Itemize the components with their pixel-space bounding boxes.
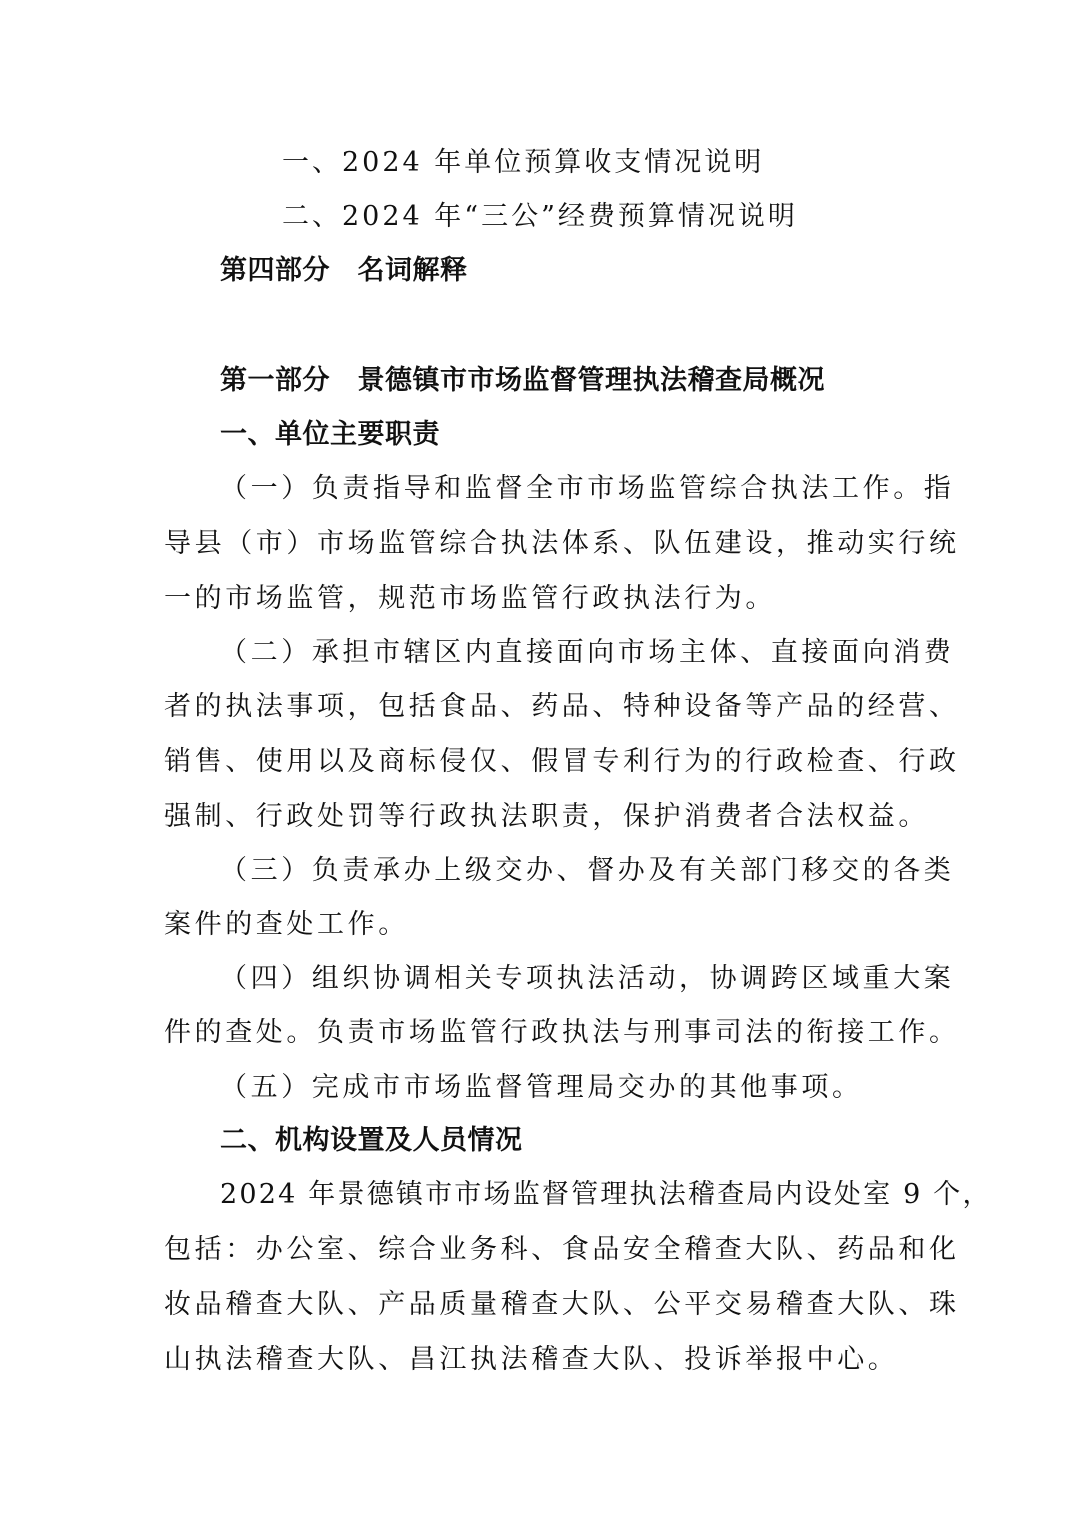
duty-2-line-3: 销售、使用以及商标侵仅、假冒专利行为的行政检查、行政 <box>164 745 960 779</box>
duty-2-line-2: 者的执法事项，包括食品、药品、特种设备等产品的经营、 <box>164 690 960 724</box>
duty-2-line-1: （二）承担市辖区内直接面向市场主体、直接面向消费 <box>220 636 954 670</box>
section2-line-2: 包括：办公室、综合业务科、食品安全稽查大队、药品和化 <box>164 1233 960 1267</box>
section2-line-3: 妆品稽查大队、产品质量稽查大队、公平交易稽查大队、珠 <box>164 1288 960 1322</box>
duty-1-line-3: 一的市场监管，规范市场监管行政执法行为。 <box>164 582 776 616</box>
duty-1-line-2: 导县（市）市场监管综合执法体系、队伍建设，推动实行统 <box>164 527 960 561</box>
section1-heading: 一、单位主要职责 <box>220 418 440 452</box>
duty-5-line-1: （五）完成市市场监督管理局交办的其他事项。 <box>220 1071 863 1105</box>
duty-4-line-2: 件的查处。负责市场监管行政执法与刑事司法的衔接工作。 <box>164 1016 960 1050</box>
toc-item-three-public-expenses: 二、2024 年“三公”经费预算情况说明 <box>282 200 798 234</box>
part4-heading: 第四部分 名词解释 <box>220 254 468 288</box>
part1-title: 第一部分 景德镇市市场监督管理执法稽查局概况 <box>220 364 825 398</box>
section2-line-4: 山执法稽查大队、昌江执法稽查大队、投诉举报中心。 <box>164 1343 898 1377</box>
duty-3-line-1: （三）负责承办上级交办、督办及有关部门移交的各类 <box>220 854 954 888</box>
duty-2-line-4: 强制、行政处罚等行政执法职责，保护消费者合法权益。 <box>164 800 929 834</box>
toc-item-budget-income-expense: 一、2024 年单位预算收支情况说明 <box>282 146 764 180</box>
duty-1-line-1: （一）负责指导和监督全市市场监管综合执法工作。指 <box>220 472 954 506</box>
section2-line-1: 2024 年景德镇市市场监督管理执法稽查局内设处室 9 个， <box>220 1178 992 1212</box>
duty-3-line-2: 案件的查处工作。 <box>164 908 409 942</box>
section2-heading: 二、机构设置及人员情况 <box>220 1124 523 1158</box>
duty-4-line-1: （四）组织协调相关专项执法活动，协调跨区域重大案 <box>220 962 954 996</box>
